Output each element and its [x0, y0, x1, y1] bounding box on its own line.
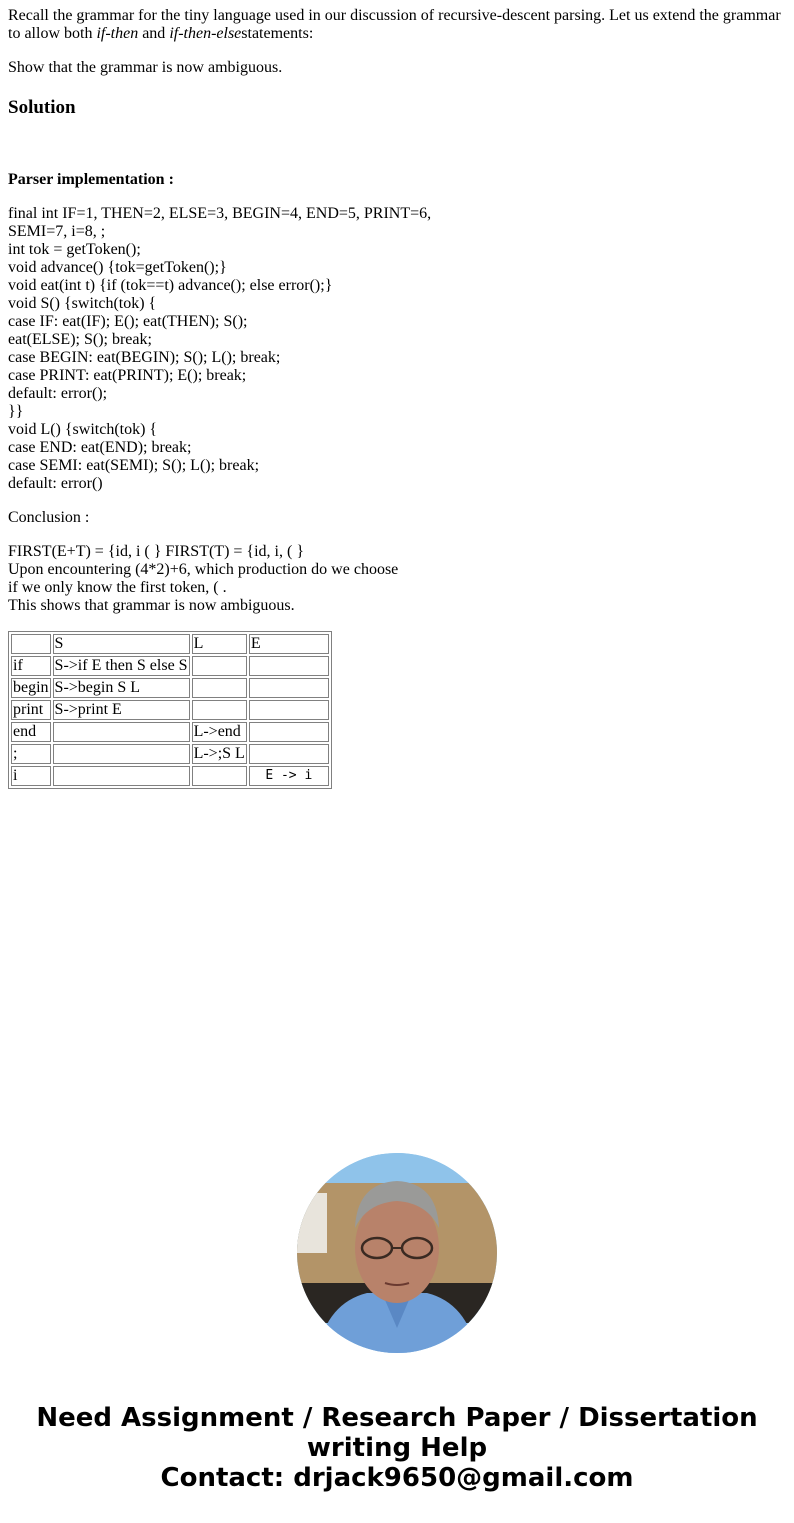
code-line: void advance() {tok=getToken();} — [8, 259, 431, 277]
table-cell: S->print E — [53, 700, 190, 720]
table-cell: i — [11, 766, 51, 786]
intro-text: and — [138, 25, 169, 42]
code-line: void S() {switch(tok) { — [8, 295, 431, 313]
table-header-cell: E — [249, 634, 329, 654]
code-line: case IF: eat(IF); E(); eat(THEN); S(); — [8, 313, 431, 331]
table-row: printS->print E — [11, 700, 329, 720]
intro-text: to allow both — [8, 25, 96, 42]
promo-contact: Contact: drjack9650@gmail.com — [0, 1463, 794, 1493]
conclusion-line: This shows that grammar is now ambiguous… — [8, 597, 398, 615]
table-header-row: SLE — [11, 634, 329, 654]
table-row: ifS->if E then S else S — [11, 656, 329, 676]
table-row: beginS->begin S L — [11, 678, 329, 698]
table-cell — [53, 744, 190, 764]
table-cell: begin — [11, 678, 51, 698]
conclusion-text: FIRST(E+T) = {id, i ( } FIRST(T) = {id, … — [8, 543, 398, 615]
table-cell — [192, 766, 247, 786]
code-line: case BEGIN: eat(BEGIN); S(); L(); break; — [8, 349, 431, 367]
intro-text: statements: — [241, 25, 313, 42]
table-cell: if — [11, 656, 51, 676]
table-cell — [249, 722, 329, 742]
table-cell: E -> i — [249, 766, 329, 786]
table-cell: ; — [11, 744, 51, 764]
intro-line-1: Recall the grammar for the tiny language… — [8, 7, 781, 24]
table-header-cell: S — [53, 634, 190, 654]
parser-code: final int IF=1, THEN=2, ELSE=3, BEGIN=4,… — [8, 205, 431, 493]
code-line: final int IF=1, THEN=2, ELSE=3, BEGIN=4,… — [8, 205, 431, 223]
avatar — [297, 1153, 497, 1353]
parse-table: SLEifS->if E then S else SbeginS->begin … — [8, 631, 332, 789]
conclusion-line: Upon encountering (4*2)+6, which product… — [8, 561, 398, 579]
table-header-cell: L — [192, 634, 247, 654]
question-task: Show that the grammar is now ambiguous. — [8, 59, 788, 77]
question: Recall the grammar for the tiny language… — [8, 7, 788, 77]
person-photo-icon — [297, 1153, 497, 1353]
conclusion-label: Conclusion : — [8, 509, 89, 527]
table-header-cell — [11, 634, 51, 654]
table-row: endL->end — [11, 722, 329, 742]
parser-title: Parser implementation : — [8, 171, 174, 189]
table-cell — [192, 656, 247, 676]
table-cell — [249, 656, 329, 676]
code-line: void eat(int t) {if (tok==t) advance(); … — [8, 277, 431, 295]
code-line: case END: eat(END); break; — [8, 439, 431, 457]
promo-banner: Need Assignment / Research Paper / Disse… — [0, 1403, 794, 1493]
table-cell — [249, 744, 329, 764]
if-then-else-term: if-then-else — [169, 25, 241, 42]
table-cell: end — [11, 722, 51, 742]
code-line: case SEMI: eat(SEMI); S(); L(); break; — [8, 457, 431, 475]
table-cell — [53, 766, 190, 786]
promo-line-1: Need Assignment / Research Paper / Disse… — [0, 1403, 794, 1433]
table-cell — [192, 700, 247, 720]
table-cell — [249, 678, 329, 698]
table-cell: print — [11, 700, 51, 720]
table-cell: L->;S L — [192, 744, 247, 764]
table-cell: L->end — [192, 722, 247, 742]
table-cell: S->begin S L — [53, 678, 190, 698]
code-line: SEMI=7, i=8, ; — [8, 223, 431, 241]
table-cell — [249, 700, 329, 720]
conclusion-line: if we only know the first token, ( . — [8, 579, 398, 597]
table-cell: S->if E then S else S — [53, 656, 190, 676]
code-line: eat(ELSE); S(); break; — [8, 331, 431, 349]
table-row: ;L->;S L — [11, 744, 329, 764]
conclusion-line: FIRST(E+T) = {id, i ( } FIRST(T) = {id, … — [8, 543, 398, 561]
table-cell — [192, 678, 247, 698]
table-cell — [53, 722, 190, 742]
question-intro: Recall the grammar for the tiny language… — [8, 7, 788, 43]
code-line: void L() {switch(tok) { — [8, 421, 431, 439]
code-line: int tok = getToken(); — [8, 241, 431, 259]
code-line: case PRINT: eat(PRINT); E(); break; — [8, 367, 431, 385]
code-line: default: error() — [8, 475, 431, 493]
code-line: default: error(); — [8, 385, 431, 403]
code-line: }} — [8, 403, 431, 421]
solution-heading: Solution — [8, 97, 76, 119]
if-then-term: if-then — [96, 25, 138, 42]
promo-line-2: writing Help — [0, 1433, 794, 1463]
table-row: iE -> i — [11, 766, 329, 786]
